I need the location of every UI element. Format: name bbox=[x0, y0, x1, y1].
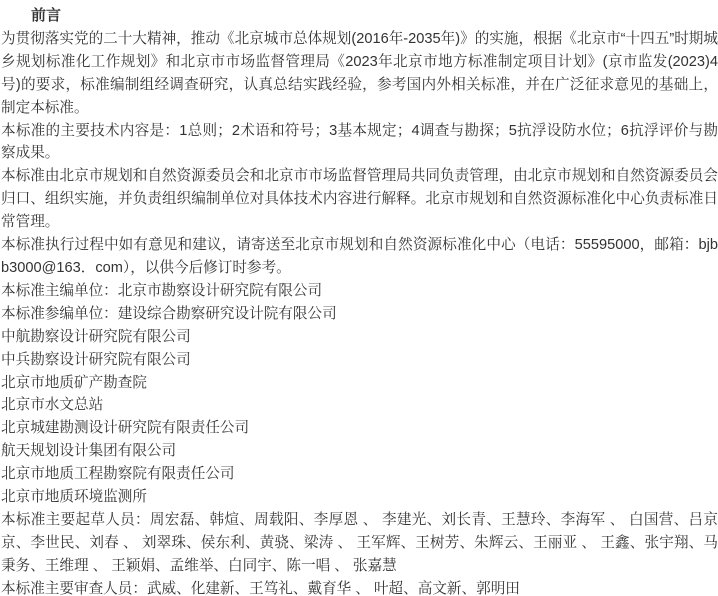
participating-unit-line-4: 北京市地质矿产勘查院 bbox=[1, 372, 718, 395]
participating-unit-line-9: 北京市地质环境监测所 bbox=[1, 486, 718, 509]
participating-unit-line-6: 北京城建勘测设计研究院有限责任公司 bbox=[1, 417, 718, 440]
paragraph-management: 本标准由北京市规划和自然资源委员会和北京市市场监督管理局共同负责管理，由北京市规… bbox=[1, 165, 718, 234]
participating-unit-line-2: 中航勘察设计研究院有限公司 bbox=[1, 326, 718, 349]
participating-unit-line-8: 北京市地质工程勘察院有限责任公司 bbox=[1, 463, 718, 486]
paragraph-feedback-contact: 本标准执行过程中如有意见和建议，请寄送至北京市规划和自然资源标准化中心（电话：5… bbox=[1, 234, 718, 280]
participating-unit-line-7: 航天规划设计集团有限公司 bbox=[1, 440, 718, 463]
participating-unit-line-1: 本标准参编单位：建设综合勘察研究设计院有限公司 bbox=[1, 303, 718, 326]
paragraph-technical-contents: 本标准的主要技术内容是：1总则；2术语和符号；3基本规定；4调查与勘探；5抗浮设… bbox=[1, 120, 718, 166]
drafters-line: 本标准主要起草人员：周宏磊、韩煊、周载阳、李厚恩 、 李建光、刘长青、王慧玲、李… bbox=[1, 509, 718, 578]
participating-unit-line-5: 北京市水文总站 bbox=[1, 394, 718, 417]
reviewers-line: 本标准主要审查人员：武威、化建新、王笃礼、戴育华 、 叶超、高文新、郭明田 bbox=[1, 578, 718, 596]
paragraph-basis: 为贯彻落实党的二十大精神，推动《北京城市总体规划(2016年-2035年)》的实… bbox=[1, 28, 718, 120]
chief-editing-unit-line: 本标准主编单位：北京市勘察设计研究院有限公司 bbox=[1, 280, 718, 303]
page-title: 前言 bbox=[31, 5, 718, 28]
participating-unit-line-3: 中兵勘察设计研究院有限公司 bbox=[1, 349, 718, 372]
preface-document: 前言 为贯彻落实党的二十大精神，推动《北京城市总体规划(2016年-2035年)… bbox=[0, 0, 718, 596]
